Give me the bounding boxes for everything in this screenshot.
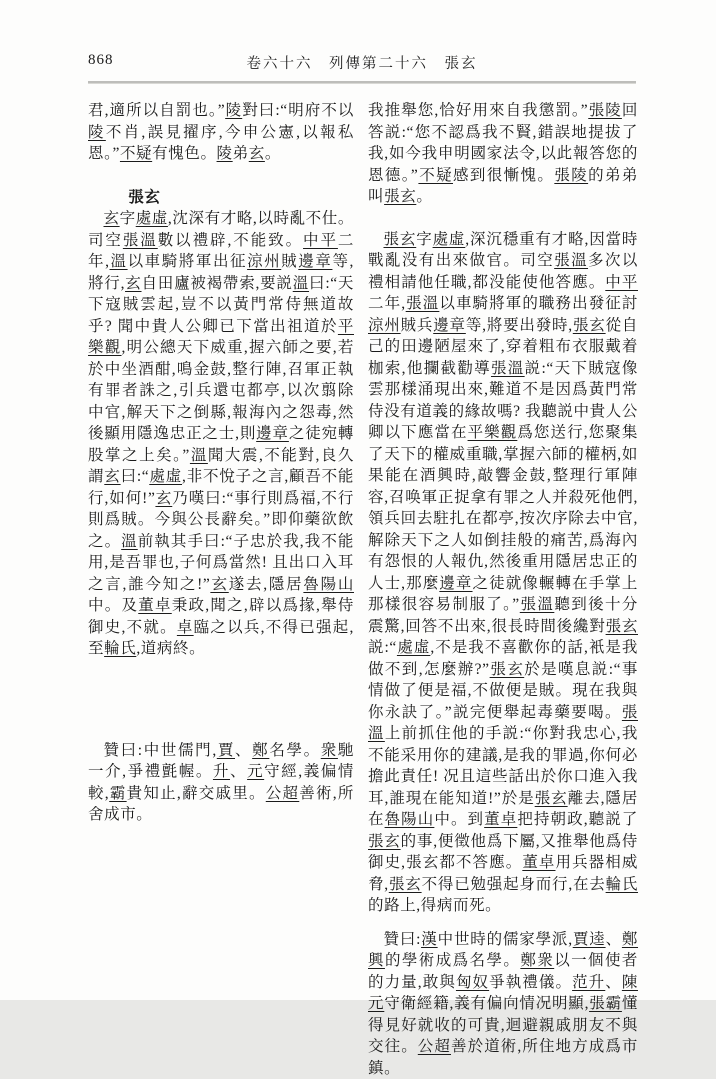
proper-noun-mark: 升 <box>213 763 230 780</box>
proper-noun-mark: 張霸 <box>589 995 622 1012</box>
proper-noun-mark: 張溫 <box>123 232 158 249</box>
page-header: 868 卷六十六 列傳第二十六 張玄 <box>88 52 636 76</box>
proper-noun-mark: 魯陽山 <box>385 811 435 828</box>
text-columns: 君,適所以自罰也。”陵對曰:“明府不以陵不肖,誤見擢序,今申公憲,以報私恩。”不… <box>88 100 636 1079</box>
proper-noun-mark: 溫 <box>110 253 128 270</box>
proper-noun-mark: 董卓 <box>484 811 517 828</box>
proper-noun-mark: 賈 <box>217 742 235 759</box>
header-title: 卷六十六 列傳第二十六 張玄 <box>88 52 636 73</box>
translation-text-column: 我推舉您,恰好用來自我懲罰。”張陵回答説:“您不認爲我不賢,錯誤地提拔了我,如今… <box>368 100 638 1079</box>
proper-noun-mark: 不疑 <box>418 167 453 184</box>
proper-noun-mark: 董卓 <box>138 597 172 614</box>
proper-noun-mark: 衆 <box>321 742 338 759</box>
translation-paragraph-biography: 張玄字處虛,深沉穩重有才略,因當時戰亂没有出來做官。司空張溫多次以禮相請他任職,… <box>368 229 638 917</box>
proper-noun-mark: 鄭 <box>252 742 269 759</box>
proper-noun-mark: 張玄 <box>384 188 416 205</box>
proper-noun-mark: 張玄 <box>606 618 638 635</box>
proper-noun-mark: 張陵 <box>588 102 622 119</box>
proper-noun-mark: 張玄 <box>573 317 606 334</box>
proper-noun-mark: 玄 <box>104 210 120 227</box>
proper-noun-mark: 張溫 <box>520 596 555 613</box>
proper-noun-mark: 邊章 <box>298 253 332 270</box>
proper-noun-mark: 元 <box>247 763 264 780</box>
proper-noun-mark: 處虛 <box>136 210 168 227</box>
proper-noun-mark: 邊章 <box>433 317 466 334</box>
classical-paragraph-eulogy: 贊曰:中世儒門,賈、鄭名學。衆馳一介,爭禮氈幄。升、元守經,義偏情較,霸貴知止,… <box>88 740 354 826</box>
proper-noun-mark: 卓 <box>177 619 194 636</box>
proper-noun-mark: 公超 <box>266 785 300 802</box>
proper-noun-mark: 陵 <box>225 102 242 119</box>
book-page: 868 卷六十六 列傳第二十六 張玄 君,適所以自罰也。”陵對曰:“明府不以陵不… <box>0 0 716 1000</box>
proper-noun-mark: 陵 <box>217 145 233 162</box>
proper-noun-mark: 不疑 <box>120 145 152 162</box>
proper-noun-mark: 張玄 <box>368 833 401 850</box>
translation-paragraph-eulogy: 贊曰:漢中世時的儒家學派,賈逵、鄭興的學術成爲名學。鄭衆以一個使者的力量,敢與匈… <box>368 929 638 1079</box>
proper-noun-mark: 董卓 <box>522 854 555 871</box>
proper-noun-mark: 漢 <box>421 931 438 948</box>
page-number: 868 <box>88 52 114 69</box>
proper-noun-mark: 中平 <box>605 274 638 291</box>
proper-noun-mark: 處虛 <box>149 468 182 485</box>
proper-noun-mark: 玄 <box>155 490 172 507</box>
proper-noun-mark: 玄 <box>125 275 141 292</box>
proper-noun-mark: 玄 <box>210 576 228 593</box>
proper-noun-mark: 張玄 <box>389 876 422 893</box>
proper-noun-mark: 張溫 <box>406 295 440 312</box>
proper-noun-mark: 張溫 <box>554 252 588 269</box>
proper-noun-mark: 邊章 <box>439 575 472 592</box>
proper-noun-mark: 溫 <box>293 275 309 292</box>
proper-noun-mark: 鄭衆 <box>520 952 554 969</box>
section-heading-zhangxuan: 張玄 <box>88 187 354 209</box>
proper-noun-mark: 范升 <box>572 974 605 991</box>
proper-noun-mark: 處虛 <box>397 639 430 656</box>
proper-noun-mark: 張溫 <box>491 360 525 377</box>
translation-paragraph-continuation: 我推舉您,恰好用來自我懲罰。”張陵回答説:“您不認爲我不賢,錯誤地提拔了我,如今… <box>368 100 638 208</box>
proper-noun-mark: 公超 <box>418 1038 451 1055</box>
proper-noun-mark: 處虛 <box>433 231 466 248</box>
proper-noun-mark: 輪氏 <box>606 876 638 893</box>
proper-noun-mark: 張陵 <box>554 167 588 184</box>
proper-noun-mark: 玄 <box>249 145 265 162</box>
proper-noun-mark: 陵 <box>88 124 106 141</box>
proper-noun-mark: 魯陽山 <box>303 576 354 593</box>
proper-noun-mark: 溫 <box>121 533 138 550</box>
proper-noun-mark: 張玄 <box>535 790 568 807</box>
proper-noun-mark: 匈奴 <box>456 974 489 991</box>
proper-noun-mark: 玄 <box>104 468 120 485</box>
proper-noun-mark: 張玄 <box>384 231 417 248</box>
proper-noun-mark: 霸 <box>109 785 126 802</box>
proper-noun-mark: 張玄 <box>490 661 525 678</box>
proper-noun-mark: 中平 <box>303 232 338 249</box>
proper-noun-mark: 邊章 <box>256 425 289 442</box>
proper-noun-mark: 輪氏 <box>104 640 136 657</box>
proper-noun-mark: 平樂觀 <box>468 424 518 441</box>
proper-noun-mark: 溫 <box>190 447 208 464</box>
proper-noun-mark: 涼州 <box>368 317 401 334</box>
classical-paragraph-biography: 玄字處虛,沈深有才略,以時亂不仕。司空張溫數以禮辟,不能致。中平二年,溫以車騎將… <box>88 208 354 660</box>
classical-text-column: 君,適所以自罰也。”陵對曰:“明府不以陵不肖,誤見擢序,今申公憲,以報私恩。”不… <box>88 100 354 1079</box>
proper-noun-mark: 賈逵 <box>573 931 606 948</box>
proper-noun-mark: 涼州 <box>247 253 281 270</box>
header-rule <box>88 81 636 84</box>
classical-paragraph-continuation: 君,適所以自罰也。”陵對曰:“明府不以陵不肖,誤見擢序,今申公憲,以報私恩。”不… <box>88 100 354 165</box>
